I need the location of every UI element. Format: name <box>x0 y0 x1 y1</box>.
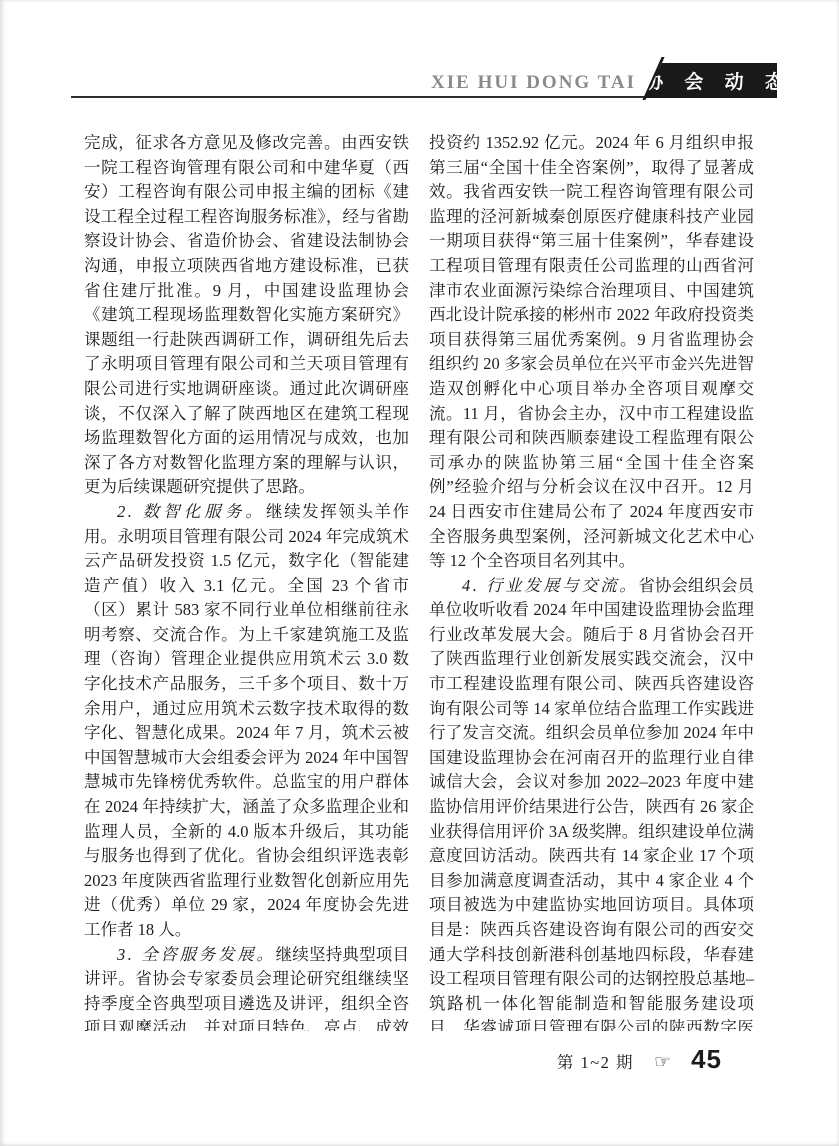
issue-label: 第 1~2 期 <box>557 1049 634 1073</box>
paragraph: 完成，征求各方意见及修改完善。由西安铁一院工程咨询管理有限公司和中建华夏（西安）… <box>84 131 409 500</box>
pointing-hand-icon: ☞ <box>654 1051 671 1074</box>
paragraph-text: 投资约 1352.92 亿元。2024 年 6 月组织申报第三届“全国十佳全咨案… <box>429 133 754 570</box>
paragraph-text: 省协会组织会员单位收听收看 2024 年中国建设监理协会监理行业改革发展大会。随… <box>429 576 754 1031</box>
paragraph-text: 继续发挥领头羊作用。永明项目管理有限公司 2024 年完成筑术云产品研发投资 1… <box>84 502 409 939</box>
paragraph: 3. 全咨服务发展。继续坚持典型项目讲评。省协会专家委员会理论研究组继续坚持季度… <box>84 943 409 1031</box>
paragraph-heading: 4. 行业发展与交流。 <box>462 576 638 595</box>
paragraph: 2. 数智化服务。继续发挥领头羊作用。永明项目管理有限公司 2024 年完成筑术… <box>84 500 409 943</box>
page-number: 45 <box>691 1044 722 1075</box>
paragraph: 投资约 1352.92 亿元。2024 年 6 月组织申报第三届“全国十佳全咨案… <box>429 131 754 574</box>
left-column: 完成，征求各方意见及修改完善。由西安铁一院工程咨询管理有限公司和中建华夏（西安）… <box>84 131 409 1031</box>
journal-page: XIE HUI DONG TAI 协 会 动 态 完成，征求各方意见及修改完善。… <box>0 0 839 1146</box>
paragraph-heading: 2. 数智化服务。 <box>117 502 266 521</box>
page-footer: 第 1~2 期 ☞ 45 <box>0 1044 722 1075</box>
header-rule <box>71 96 653 98</box>
journal-title-en: XIE HUI DONG TAI <box>431 72 636 94</box>
right-column: 投资约 1352.92 亿元。2024 年 6 月组织申报第三届“全国十佳全咨案… <box>429 131 754 1031</box>
paragraph-text: 完成，征求各方意见及修改完善。由西安铁一院工程咨询管理有限公司和中建华夏（西安）… <box>84 133 409 496</box>
paragraph: 4. 行业发展与交流。省协会组织会员单位收听收看 2024 年中国建设监理协会监… <box>429 574 754 1031</box>
paragraph-heading: 3. 全咨服务发展。 <box>117 945 276 964</box>
section-badge: 协 会 动 态 <box>645 63 777 98</box>
